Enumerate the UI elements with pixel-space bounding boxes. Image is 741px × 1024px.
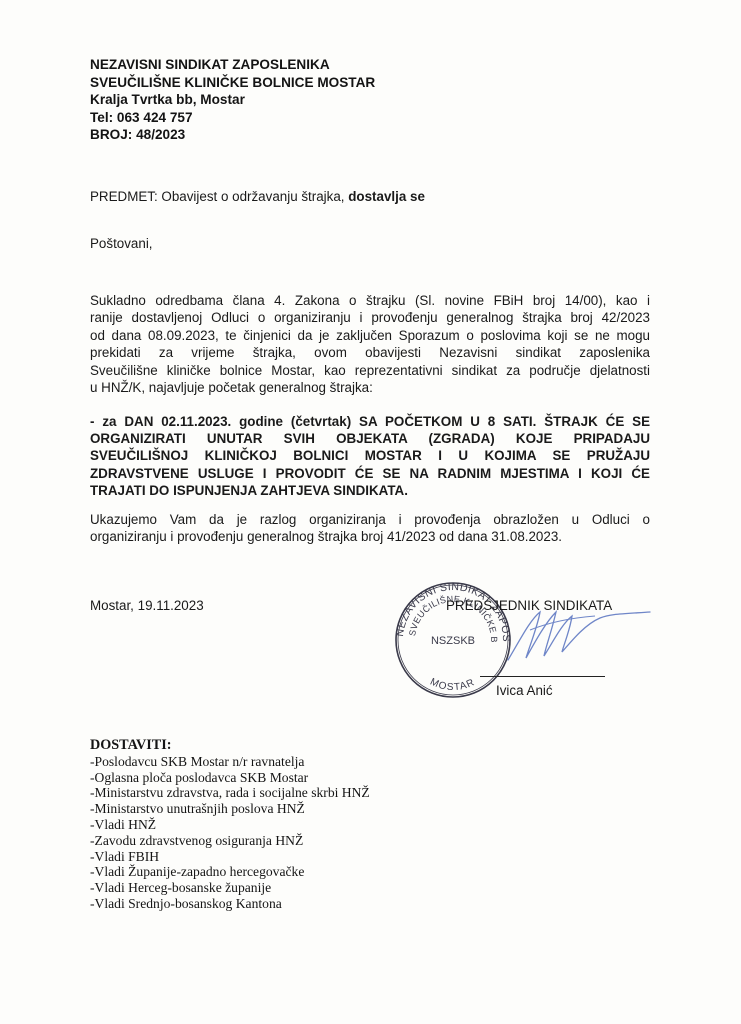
paragraph-line: organiziranju i provođenju generalnog št… (90, 528, 650, 545)
org-phone: Tel: 063 424 757 (90, 109, 375, 127)
letter-page: NEZAVISNI SINDIKAT ZAPOSLENIKA SVEUČILIŠ… (0, 0, 741, 1024)
document-number: BROJ: 48/2023 (90, 126, 375, 144)
paragraph-line: - za DAN 02.11.2023. godine (četvrtak) S… (90, 413, 650, 430)
paragraph-line: prekidati za vrijeme štrajka, ovom obavi… (90, 344, 650, 361)
recipient-item: -Vladi Srednjo-bosanskog Kantona (90, 896, 370, 912)
handwritten-signature-icon (500, 600, 660, 670)
recipients-list: DOSTAVITI: -Poslodavcu SKB Mostar n/r ra… (90, 738, 370, 912)
greeting: Poštovani, (90, 236, 153, 251)
paragraph-line: Sveučilišne kliničke bolnice Mostar, kao… (90, 362, 650, 379)
signatory-name: Ivica Anić (496, 683, 553, 698)
recipient-item: -Ministarstvu zdravstva, rada i socijaln… (90, 785, 370, 801)
recipients-title: DOSTAVITI: (90, 738, 370, 754)
letterhead: NEZAVISNI SINDIKAT ZAPOSLENIKA SVEUČILIŠ… (90, 56, 375, 144)
recipient-item: -Vladi FBIH (90, 849, 370, 865)
recipient-item: -Zavodu zdravstvenog osiguranja HNŽ (90, 833, 370, 849)
paragraph-line: od dana 08.09.2023, te činjenici da je z… (90, 327, 650, 344)
svg-text:MOSTAR: MOSTAR (428, 677, 477, 694)
paragraph-line: u HNŽ/K, najavljuje početak generalnog š… (90, 379, 650, 396)
recipient-item: -Poslodavcu SKB Mostar n/r ravnatelja (90, 754, 370, 770)
subject-line: PREDMET: Obavijest o održavanju štrajka,… (90, 189, 425, 204)
paragraph-line: ranije dostavljenoj Odluci o organiziran… (90, 309, 650, 326)
paragraph-line: Sukladno odredbama člana 4. Zakona o štr… (90, 292, 650, 309)
paragraph-line: ZDRAVSTVENE USLUGE I PROVODIT ĆE SE NA R… (90, 465, 650, 482)
paragraph-reason: Ukazujemo Vam da je razlog organiziranja… (90, 511, 650, 546)
org-name-line2: SVEUČILIŠNE KLINIČKE BOLNICE MOSTAR (90, 74, 375, 92)
org-name-line1: NEZAVISNI SINDIKAT ZAPOSLENIKA (90, 56, 375, 74)
recipient-item: -Ministarstvo unutrašnjih poslova HNŽ (90, 801, 370, 817)
paragraph-line: TRAJATI DO ISPUNJENJA ZAHTJEVA SINDIKATA… (90, 482, 650, 499)
paragraph-line: SVEUČILIŠNOJ KLINIČKOJ BOLNICI MOSTAR I … (90, 447, 650, 464)
recipient-item: -Vladi Županije-zapadno hercegovačke (90, 864, 370, 880)
subject-text: PREDMET: Obavijest o održavanju štrajka, (90, 189, 348, 204)
stamp-bottom-text: MOSTAR (428, 677, 477, 694)
stamp-center-text: NSZSKB (431, 635, 475, 647)
paragraph-line: ORGANIZIRATI UNUTAR SVIH OBJEKATA (ZGRAD… (90, 430, 650, 447)
paragraph-line: Ukazujemo Vam da je razlog organiziranja… (90, 511, 650, 528)
subject-bold: dostavlja se (348, 189, 425, 204)
recipient-item: -Vladi Herceg-bosanske županije (90, 880, 370, 896)
place-and-date: Mostar, 19.11.2023 (90, 598, 204, 613)
recipient-item: -Vladi HNŽ (90, 817, 370, 833)
paragraph-strike-announcement: - za DAN 02.11.2023. godine (četvrtak) S… (90, 413, 650, 499)
org-address: Kralja Tvrtka bb, Mostar (90, 91, 375, 109)
recipient-item: -Oglasna ploča poslodavca SKB Mostar (90, 770, 370, 786)
signature-line (480, 676, 605, 677)
paragraph-legal-basis: Sukladno odredbama člana 4. Zakona o štr… (90, 292, 650, 396)
